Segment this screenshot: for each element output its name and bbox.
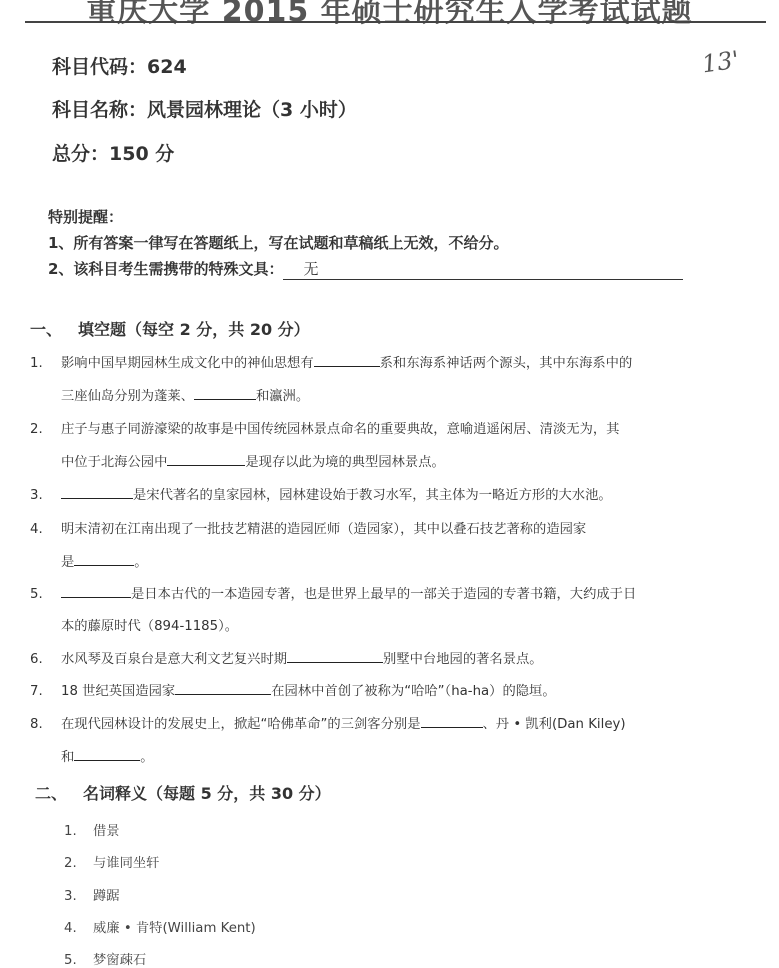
question-number: 4. (30, 522, 61, 537)
term-item: 3.蹲踞 (64, 885, 120, 904)
answer-blank (175, 680, 271, 695)
question-text: 明末清初在江南出现了一批技艺精湛的造园匠师（造园家），其中以叠石技艺著称的造园家 (61, 522, 586, 537)
exam-page: 重庆大学 2015 年硕士研究生入学考试试题 13' 科目代码：624 科目名称… (0, 0, 779, 968)
question-text: 和 (61, 750, 74, 765)
question-number: 1. (30, 356, 61, 371)
subject-code-value: 624 (147, 56, 187, 78)
subject-code-label: 科目代码： (52, 56, 147, 78)
question-number: 2. (30, 422, 61, 437)
term-number: 4. (64, 921, 93, 936)
question-5-cont: 本的藤原时代（894-1185）。 (61, 615, 238, 634)
question-text: 是宋代著名的皇家园林，园林建设始于教习水军，其主体为一略近方形的大水池。 (133, 488, 612, 503)
question-text: 系和东海系神话两个源头，其中东海系中的 (380, 356, 633, 371)
question-text: 。 (134, 555, 147, 570)
question-text: 庄子与惠子同游濠梁的故事是中国传统园林景点命名的重要典故，意喻逍遥闲居、清淡无为… (61, 422, 619, 437)
subject-name-label: 科目名称： (52, 99, 147, 121)
answer-blank (287, 648, 383, 663)
stationery-field: 无 (283, 258, 683, 280)
question-7: 7.18 世纪英国造园家在园林中首创了被称为“哈哈”（ha-ha）的隐垣。 (30, 680, 770, 699)
answer-blank (167, 451, 245, 466)
question-number: 5. (30, 587, 61, 602)
question-text: 和瀛洲。 (256, 389, 309, 404)
question-text: 在现代园林设计的发展史上，掀起“哈佛革命”的三剑客分别是 (61, 717, 421, 732)
question-text: 中位于北海公园中 (61, 455, 167, 470)
question-6: 6.水风琴及百泉台是意大利文艺复兴时期别墅中台地园的著名景点。 (30, 648, 770, 667)
question-1-cont: 三座仙岛分别为蓬莱、和瀛洲。 (61, 385, 309, 404)
subject-name: 科目名称：风景园林理论（3 小时） (52, 95, 357, 122)
question-4-cont: 是。 (61, 551, 148, 570)
question-text: 18 世纪英国造园家 (61, 684, 175, 699)
section-1-title: 填空题（每空 2 分，共 20 分） (78, 320, 310, 339)
term-text: 与谁同坐轩 (93, 856, 159, 871)
answer-blank (61, 583, 131, 598)
question-number: 3. (30, 488, 61, 503)
section-1-heading: 一、填空题（每空 2 分，共 20 分） (30, 317, 310, 340)
question-text: 是现存以此为境的典型园林景点。 (245, 455, 444, 470)
question-text: 水风琴及百泉台是意大利文艺复兴时期 (61, 652, 287, 667)
subject-name-value: 风景园林理论（3 小时） (147, 99, 357, 121)
question-number: 8. (30, 717, 61, 732)
term-item: 4.威廉 • 肯特(William Kent) (64, 917, 256, 936)
term-item: 5.梦窗疎石 (64, 949, 146, 968)
question-text: 影响中国早期园林生成文化中的神仙思想有 (61, 356, 314, 371)
section-2-title: 名词释义（每题 5 分，共 30 分） (83, 784, 331, 803)
question-number: 6. (30, 652, 61, 667)
notice-title: 特别提醒： (48, 206, 123, 227)
term-text: 蹲踞 (93, 889, 120, 904)
notice-item-1: 1、所有答案一律写在答题纸上，写在试题和草稿纸上无效，不给分。 (48, 232, 508, 253)
exam-header-title: 重庆大学 2015 年硕士研究生入学考试试题 (0, 0, 779, 30)
term-item: 1.借景 (64, 820, 120, 839)
term-number: 1. (64, 824, 93, 839)
term-number: 3. (64, 889, 93, 904)
answer-blank (314, 352, 380, 367)
question-8: 8.在现代园林设计的发展史上，掀起“哈佛革命”的三剑客分别是、丹 • 凯利(Da… (30, 713, 770, 732)
term-number: 5. (64, 953, 93, 968)
question-text: 三座仙岛分别为蓬莱、 (61, 389, 194, 404)
term-item: 2.与谁同坐轩 (64, 852, 159, 871)
subject-code: 科目代码：624 (52, 52, 187, 79)
term-text: 威廉 • 肯特(William Kent) (93, 921, 256, 936)
notice-item-2-text: 2、该科目考生需携带的特殊文具： (48, 260, 283, 278)
question-2-cont: 中位于北海公园中是现存以此为境的典型园林景点。 (61, 451, 445, 470)
question-text: 别墅中台地园的著名景点。 (383, 652, 543, 667)
notice-item-2: 2、该科目考生需携带的特殊文具：无 (48, 258, 683, 280)
term-number: 2. (64, 856, 93, 871)
answer-blank (74, 746, 140, 761)
question-5: 5.是日本古代的一本造园专著，也是世界上最早的一部关于造园的专著书籍，大约成于日 (30, 583, 770, 602)
answer-blank (61, 484, 133, 499)
section-2-heading: 二、名词释义（每题 5 分，共 30 分） (35, 781, 331, 804)
total-score: 总分：150 分 (52, 139, 174, 166)
question-text: 是 (61, 555, 74, 570)
question-3: 3.是宋代著名的皇家园林，园林建设始于教习水军，其主体为一略近方形的大水池。 (30, 484, 770, 503)
question-number: 7. (30, 684, 61, 699)
term-text: 借景 (93, 824, 120, 839)
handwritten-score: 13' (700, 46, 741, 79)
question-8-cont: 和。 (61, 746, 154, 765)
question-1: 1.影响中国早期园林生成文化中的神仙思想有系和东海系神话两个源头，其中东海系中的 (30, 352, 770, 371)
total-score-label: 总分： (52, 143, 109, 165)
section-2-number: 二、 (35, 781, 83, 804)
answer-blank (421, 713, 483, 728)
question-text: 是日本古代的一本造园专著，也是世界上最早的一部关于造园的专著书籍，大约成于日 (131, 587, 636, 602)
header-rule (25, 21, 766, 23)
question-text: 。 (140, 750, 153, 765)
question-text: 、丹 • 凯利(Dan Kiley) (483, 717, 626, 732)
question-text: 本的藤原时代（894-1185）。 (61, 619, 238, 634)
answer-blank (74, 551, 134, 566)
question-2: 2.庄子与惠子同游濠梁的故事是中国传统园林景点命名的重要典故，意喻逍遥闲居、清淡… (30, 418, 770, 437)
question-text: 在园林中首创了被称为“哈哈”（ha-ha）的隐垣。 (271, 684, 555, 699)
answer-blank (194, 385, 256, 400)
section-1-number: 一、 (30, 317, 78, 340)
question-4: 4.明末清初在江南出现了一批技艺精湛的造园匠师（造园家），其中以叠石技艺著称的造… (30, 518, 770, 537)
total-score-value: 150 分 (109, 143, 174, 165)
term-text: 梦窗疎石 (93, 953, 146, 968)
